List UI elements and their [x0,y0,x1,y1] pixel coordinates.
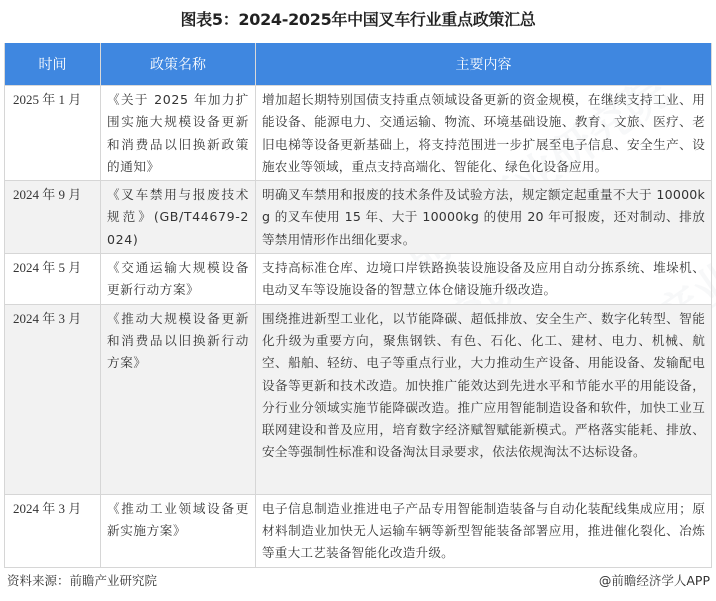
cell-time: 2024 年 9 月 [5,181,101,254]
cell-content: 增加超长期特别国债支持重点领域设备更新的资金规模，在继续支持工业、用能设备、能源… [256,86,712,181]
cell-policy-name: 《推动大规模设备更新和消费品以旧换新行动方案》 [101,304,256,494]
cell-policy-name: 《推动工业领域设备更新实施方案》 [101,494,256,567]
table-row: 2024 年 5 月 《交通运输大规模设备更新行动方案》 支持高标准仓库、边境口… [5,254,712,305]
cell-policy-name: 《叉车禁用与报废技术规范》(GB/T44679-2024) [101,181,256,254]
source-note: 资料来源：前瞻产业研究院 [7,571,157,589]
cell-time: 2024 年 3 月 [5,304,101,494]
cell-time: 2024 年 5 月 [5,254,101,305]
policy-table: 时间 政策名称 主要内容 2025 年 1 月 《关于 2025 年加力扩围实施… [4,43,712,568]
cell-content: 明确叉车禁用和报废的技术条件及试验方法，规定额定起重量不大于 10000kg 的… [256,181,712,254]
table-row: 2024 年 3 月 《推动工业领域设备更新实施方案》 电子信息制造业推进电子产… [5,494,712,567]
cell-policy-name: 《关于 2025 年加力扩围实施大规模设备更新和消费品以旧换新政策的通知》 [101,86,256,181]
cell-time: 2024 年 3 月 [5,494,101,567]
credit-note: @前瞻经济学人APP [599,571,710,589]
table-row: 2024 年 3 月 《推动大规模设备更新和消费品以旧换新行动方案》 围绕推进新… [5,304,712,494]
table-header-row: 时间 政策名称 主要内容 [5,43,712,86]
table-row: 2025 年 1 月 《关于 2025 年加力扩围实施大规模设备更新和消费品以旧… [5,86,712,181]
cell-time: 2025 年 1 月 [5,86,101,181]
page-title: 图表5：2024-2025年中国叉车行业重点政策汇总 [0,8,716,32]
cell-content: 支持高标准仓库、边境口岸铁路换装设施设备及应用自动分拣系统、堆垛机、电动叉车等设… [256,254,712,305]
column-header-time: 时间 [5,43,101,86]
column-header-policy-name: 政策名称 [101,43,256,86]
cell-policy-name: 《交通运输大规模设备更新行动方案》 [101,254,256,305]
table-row: 2024 年 9 月 《叉车禁用与报废技术规范》(GB/T44679-2024)… [5,181,712,254]
cell-content: 电子信息制造业推进电子产品专用智能制造装备与自动化装配线集成应用；原材料制造业加… [256,494,712,567]
cell-content: 围绕推进新型工业化，以节能降碳、超低排放、安全生产、数字化转型、智能化升级为重要… [256,304,712,494]
column-header-content: 主要内容 [256,43,712,86]
